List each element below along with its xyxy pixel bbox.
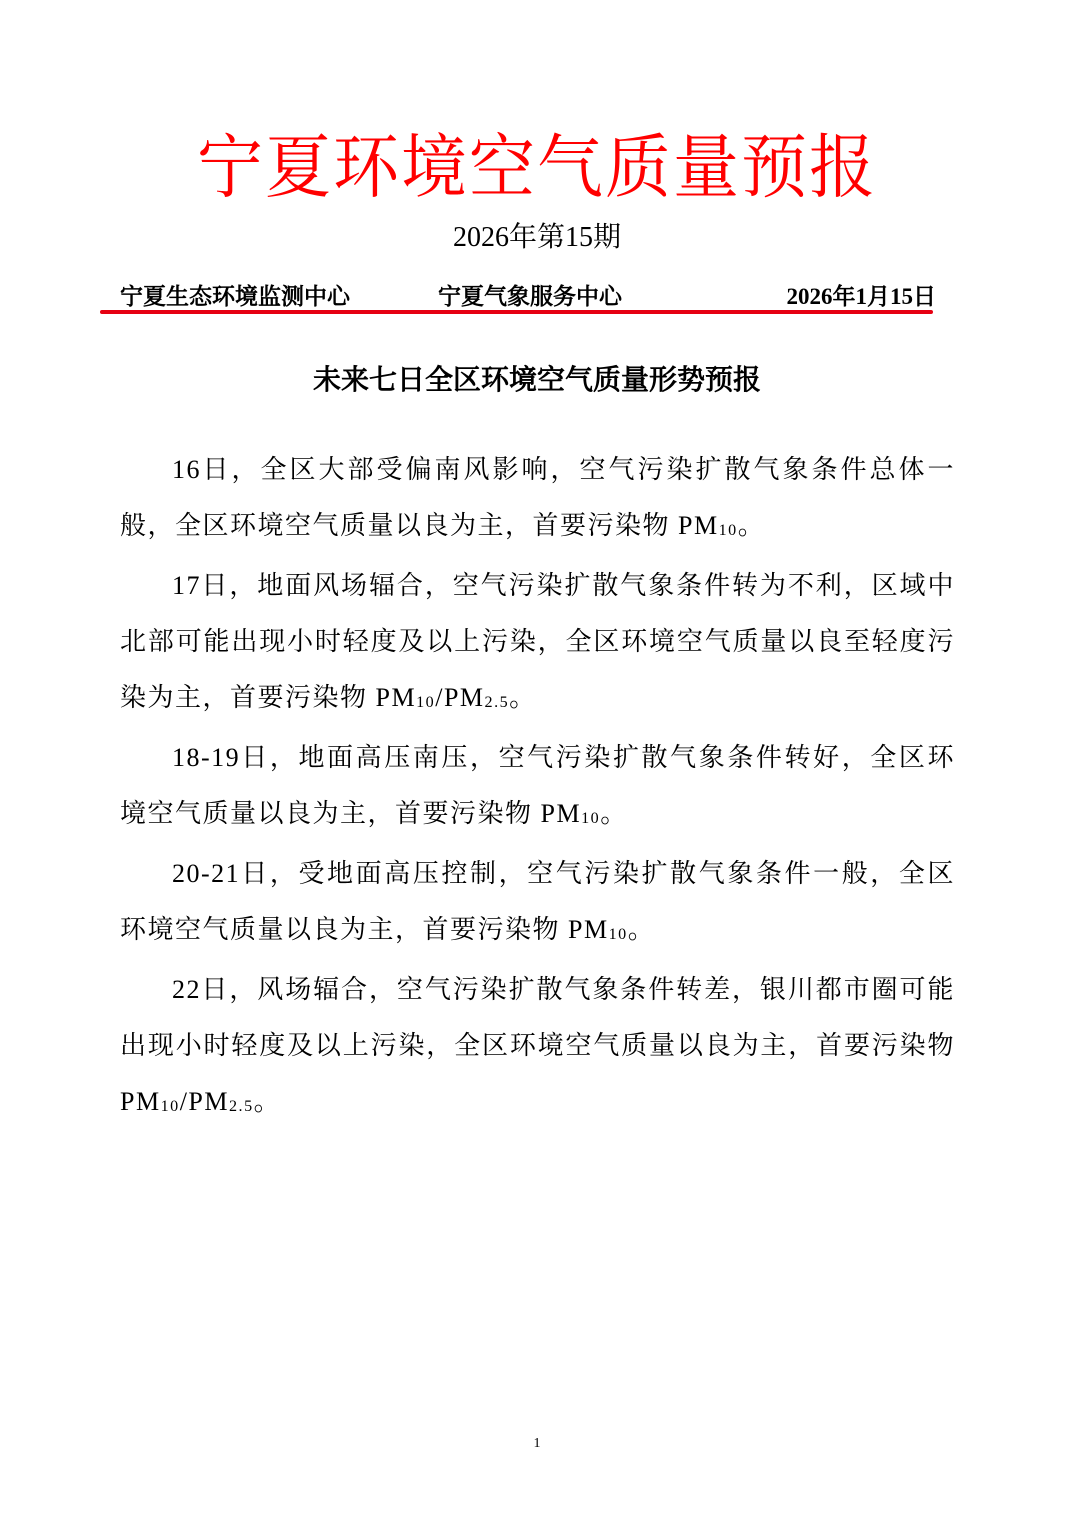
issue-date: 2026年1月15日 bbox=[787, 278, 937, 311]
page-number: 1 bbox=[0, 1436, 1074, 1452]
red-divider-rule bbox=[100, 310, 933, 314]
forecast-paragraph: 22日，风场辐合，空气污染扩散气象条件转差，银川都市圈可能出现小时轻度及以上污染… bbox=[120, 962, 955, 1134]
issuer-line: 宁夏生态环境监测中心 宁夏气象服务中心 2026年1月15日 bbox=[120, 278, 936, 314]
section-heading: 未来七日全区环境空气质量形势预报 bbox=[0, 358, 1074, 402]
issuer-meteorological-center: 宁夏气象服务中心 bbox=[438, 278, 622, 311]
forecast-paragraph: 16日，全区大部受偏南风影响，空气污染扩散气象条件总体一般，全区环境空气质量以良… bbox=[120, 442, 955, 558]
forecast-paragraph: 17日，地面风场辐合，空气污染扩散气象条件转为不利，区域中北部可能出现小时轻度及… bbox=[120, 558, 955, 730]
issuer-monitoring-center: 宁夏生态环境监测中心 bbox=[120, 278, 350, 311]
document-title: 宁夏环境空气质量预报 bbox=[0, 126, 1074, 210]
forecast-paragraph: 18-19日，地面高压南压，空气污染扩散气象条件转好，全区环境空气质量以良为主，… bbox=[120, 730, 955, 846]
forecast-body: 16日，全区大部受偏南风影响，空气污染扩散气象条件总体一般，全区环境空气质量以良… bbox=[120, 442, 955, 1134]
forecast-paragraph: 20-21日，受地面高压控制，空气污染扩散气象条件一般，全区环境空气质量以良为主… bbox=[120, 846, 955, 962]
issue-number: 2026年第15期 bbox=[0, 218, 1074, 258]
